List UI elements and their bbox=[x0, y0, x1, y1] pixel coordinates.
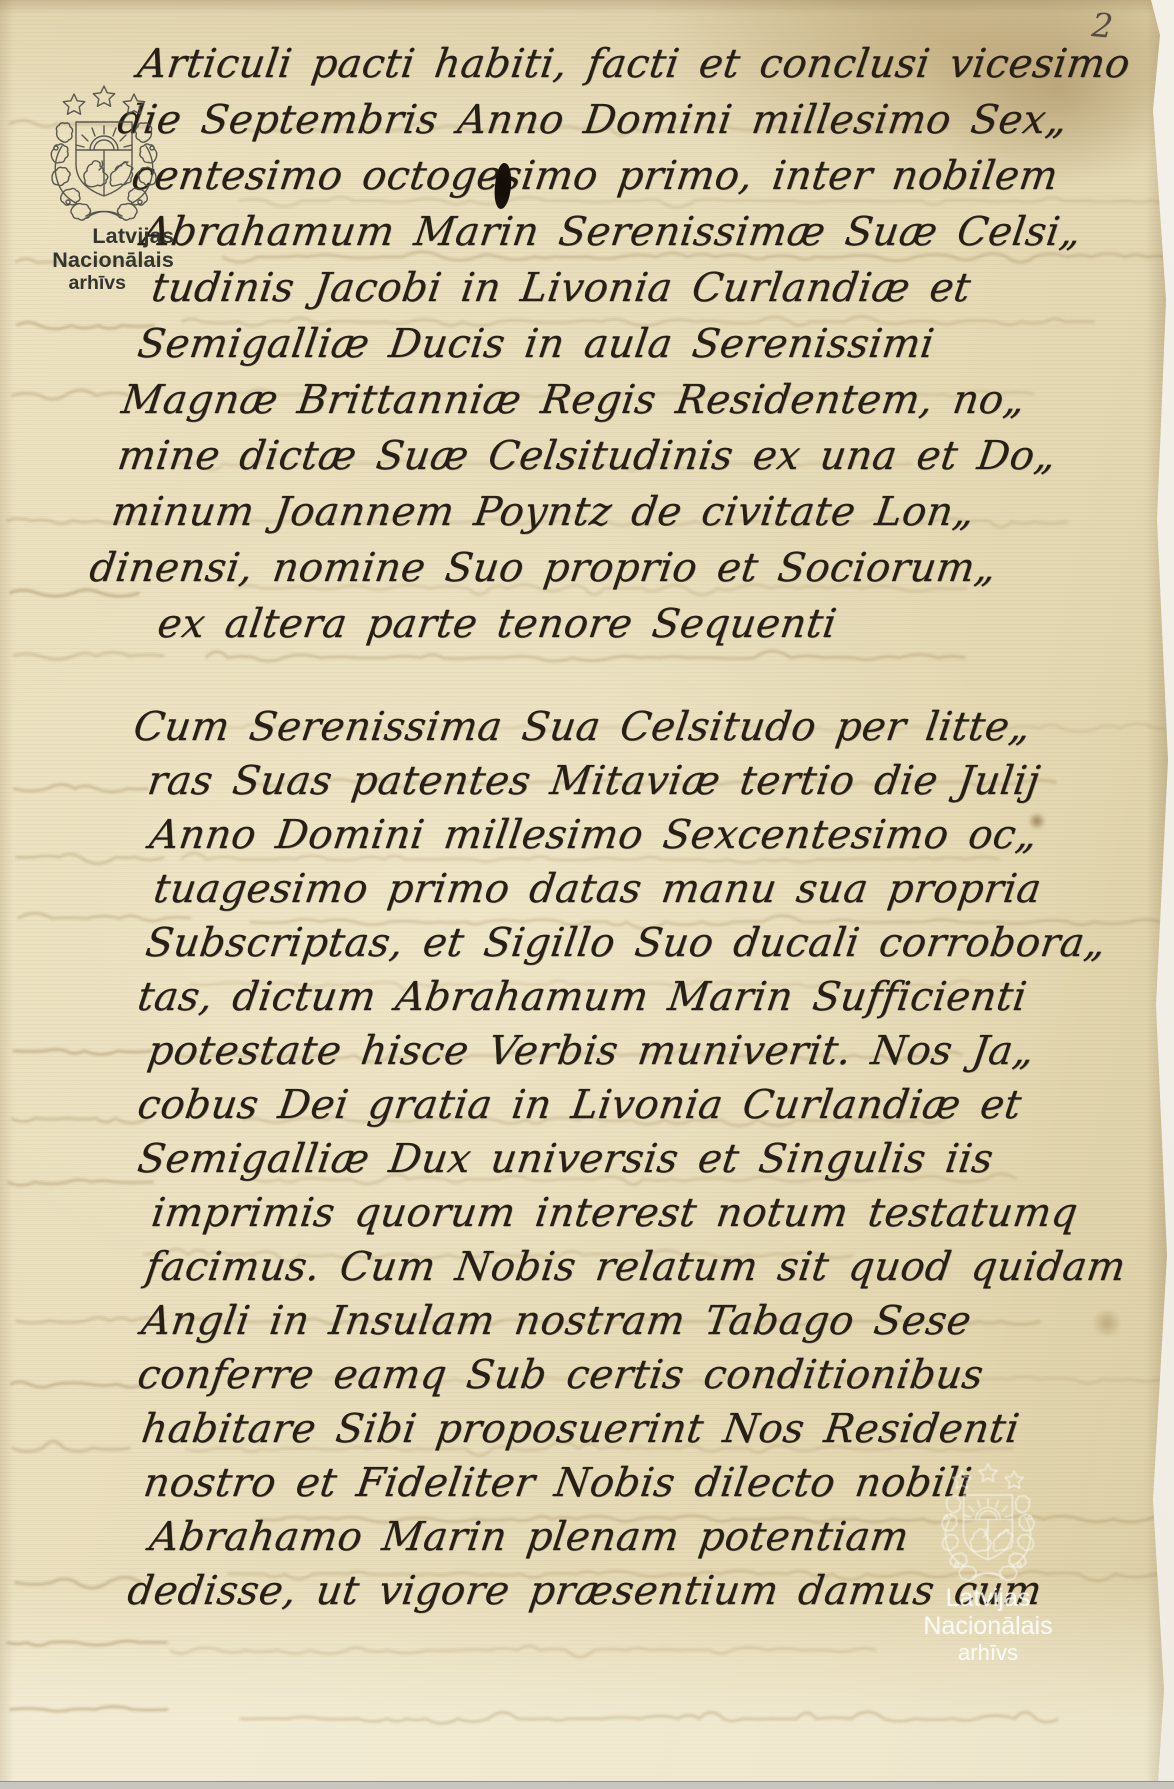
manuscript-line: Magnæ Brittanniæ Regis Residentem, no„ bbox=[118, 372, 1174, 428]
manuscript-line: cobus Dei gratia in Livonia Curlandiæ et bbox=[134, 1078, 1174, 1132]
manuscript-line: minum Joannem Poyntz de civitate Lon„ bbox=[108, 484, 1174, 540]
manuscript-line: Subscriptas, et Sigillo Suo ducali corro… bbox=[142, 916, 1174, 970]
manuscript-line: Semigalliæ Dux universis et Singulis iis bbox=[134, 1132, 1174, 1186]
watermark-name-line1: Latvijas Nacionālais bbox=[878, 1584, 1098, 1640]
manuscript-line: ex altera parte tenore Sequenti bbox=[154, 596, 1174, 652]
manuscript-line: facimus. Cum Nobis relatum sit quod quid… bbox=[142, 1240, 1174, 1294]
watermark-name-line2: arhīvs bbox=[878, 1640, 1098, 1666]
manuscript-line: tas, dictum Abrahamum Marin Sufficienti bbox=[134, 970, 1174, 1024]
manuscript-line: tuagesimo primo datas manu sua propria bbox=[150, 862, 1174, 916]
manuscript-line: tudinis Jacobi in Livonia Curlandiæ et bbox=[148, 260, 1174, 316]
manuscript-page: Articuli pacti habiti, facti et conclusi… bbox=[0, 0, 1174, 1781]
manuscript-line: Cum Serenissima Sua Celsitudo per litte„ bbox=[130, 700, 1174, 754]
archive-name-line1: Latvijas Nacionālais bbox=[14, 224, 174, 272]
document-scan: Articuli pacti habiti, facti et conclusi… bbox=[0, 0, 1174, 1789]
manuscript-line: Articuli pacti habiti, facti et conclusi… bbox=[134, 36, 1174, 92]
coat-of-arms-watermark-icon bbox=[932, 1462, 1044, 1584]
archive-logo: Latvijas Nacionālais arhīvs bbox=[12, 84, 202, 295]
manuscript-line: ras Suas patentes Mitaviæ tertio die Jul… bbox=[144, 754, 1174, 808]
manuscript-line: imprimis quorum interest notum testatumq bbox=[148, 1186, 1174, 1240]
manuscript-line: mine dictæ Suæ Celsitudinis ex una et Do… bbox=[114, 428, 1174, 484]
manuscript-line: die Septembris Anno Domini millesimo Sex… bbox=[114, 92, 1174, 148]
manuscript-line: Abrahamum Marin Serenissimæ Suæ Celsi„ bbox=[138, 204, 1174, 260]
archive-logo-text: Latvijas Nacionālais arhīvs bbox=[14, 224, 174, 295]
manuscript-line: Angli in Insulam nostram Tabago Sese bbox=[138, 1294, 1174, 1348]
manuscript-line: potestate hisce Verbis muniverit. Nos Ja… bbox=[144, 1024, 1174, 1078]
manuscript-line: conferre eamq Sub certis conditionibus bbox=[134, 1348, 1174, 1402]
archive-name-line2: arhīvs bbox=[14, 272, 174, 295]
archive-watermark-text: Latvijas Nacionālais arhīvs bbox=[878, 1584, 1098, 1666]
manuscript-line: centesimo octogesimo primo, inter nobile… bbox=[128, 148, 1174, 204]
archive-watermark: Latvijas Nacionālais arhīvs bbox=[878, 1462, 1098, 1666]
manuscript-line: Semigalliæ Ducis in aula Serenissimi bbox=[134, 316, 1174, 372]
scanner-edge-strip bbox=[0, 1781, 1174, 1789]
manuscript-line: dinensi, nomine Suo proprio et Sociorum„ bbox=[86, 540, 1174, 596]
manuscript-line: Anno Domini millesimo Sexcentesimo oc„ bbox=[146, 808, 1174, 862]
manuscript-line: habitare Sibi proposuerint Nos Residenti bbox=[138, 1402, 1174, 1456]
page-number: 2 bbox=[1090, 5, 1114, 46]
coat-of-arms-icon bbox=[40, 84, 168, 224]
